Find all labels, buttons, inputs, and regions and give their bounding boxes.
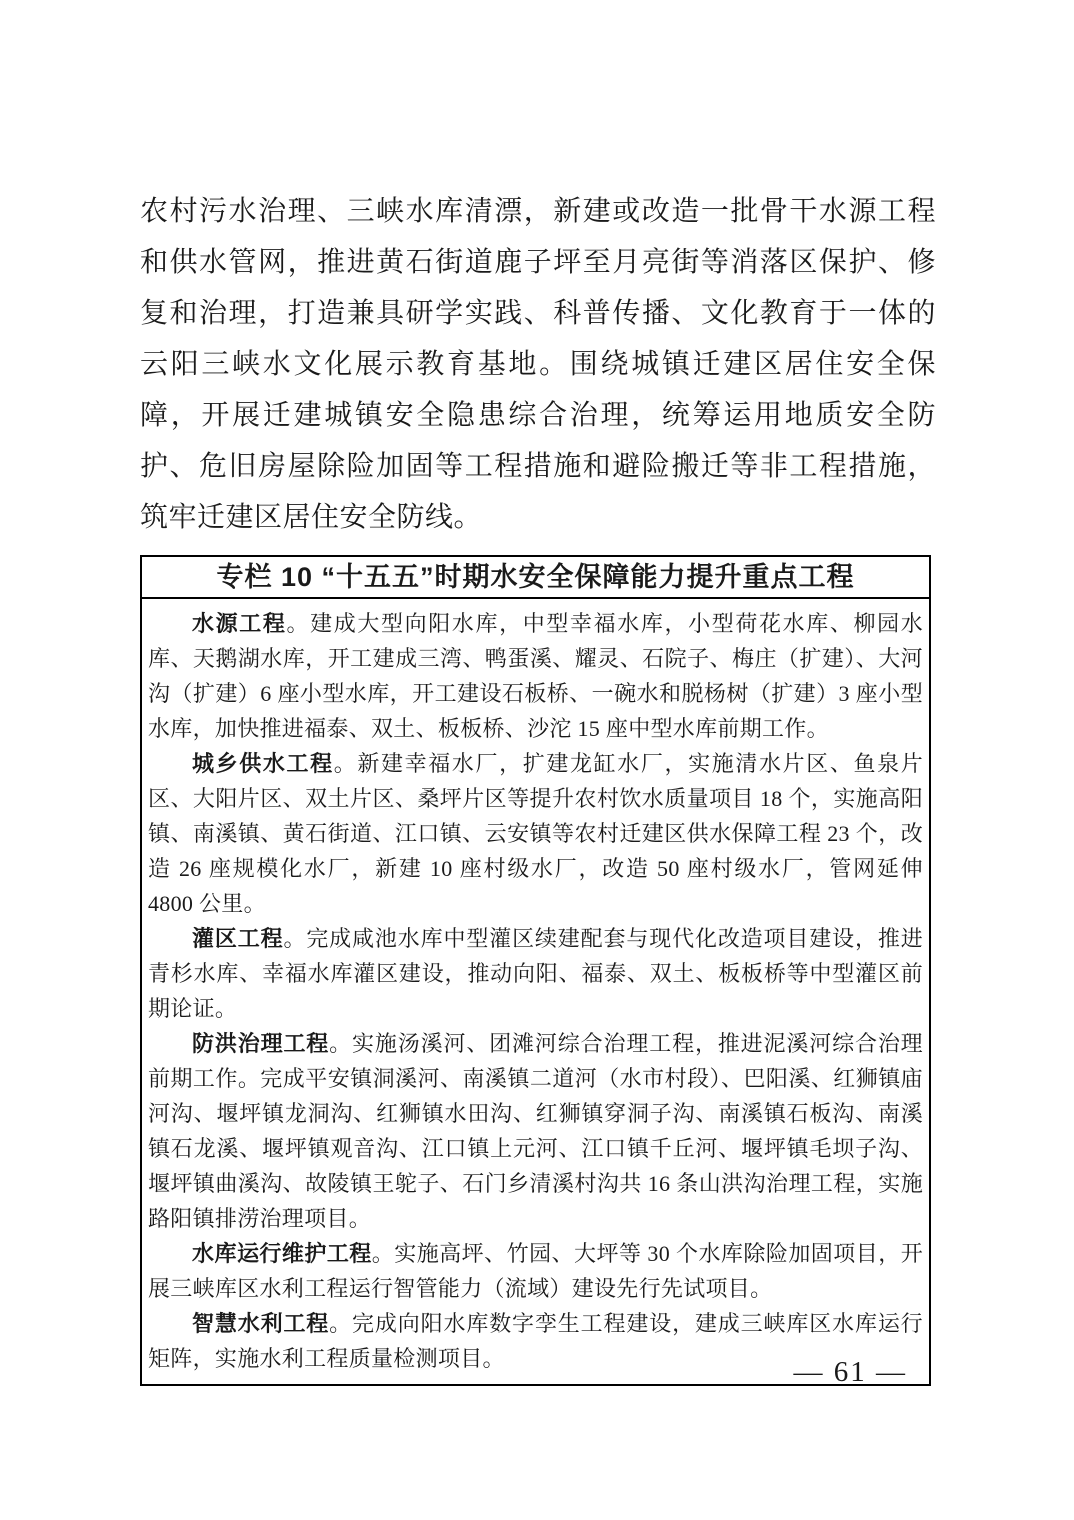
box-paragraph-heading: 智慧水利工程 bbox=[192, 1311, 329, 1336]
box-paragraph-text: 。实施汤溪河、团滩河综合治理工程，推进泥溪河综合治理前期工作。完成平安镇洞溪河、… bbox=[148, 1031, 923, 1231]
box-paragraph: 水库运行维护工程。实施高坪、竹园、大坪等 30 个水库除险加固项目，开展三峡库区… bbox=[148, 1236, 923, 1306]
box-paragraph: 灌区工程。完成咸池水库中型灌区续建配套与现代化改造项目建设，推进青杉水库、幸福水… bbox=[148, 921, 923, 1026]
box-paragraph-heading: 城乡供水工程 bbox=[192, 751, 334, 776]
page-footer: — 61 — bbox=[794, 1358, 908, 1387]
body-paragraph: 农村污水治理、三峡水库清漂，新建或改造一批骨干水源工程和供水管网，推进黄石街道鹿… bbox=[140, 186, 936, 543]
box-paragraph: 水源工程。建成大型向阳水库，中型幸福水库，小型荷花水库、柳园水库、天鹅湖水库，开… bbox=[148, 606, 923, 746]
box-paragraph-heading: 水源工程 bbox=[192, 611, 287, 636]
page-number: — 61 — bbox=[794, 1356, 908, 1388]
box-title: 专栏 10 “十五五”时期水安全保障能力提升重点工程 bbox=[142, 557, 929, 599]
box-paragraph: 防洪治理工程。实施汤溪河、团滩河综合治理工程，推进泥溪河综合治理前期工作。完成平… bbox=[148, 1026, 923, 1236]
highlight-box: 专栏 10 “十五五”时期水安全保障能力提升重点工程 水源工程。建成大型向阳水库… bbox=[140, 555, 931, 1386]
box-paragraph-heading: 灌区工程 bbox=[192, 926, 283, 951]
box-paragraph: 城乡供水工程。新建幸福水厂，扩建龙缸水厂，实施清水片区、鱼泉片区、大阳片区、双土… bbox=[148, 746, 923, 921]
box-content: 水源工程。建成大型向阳水库，中型幸福水库，小型荷花水库、柳园水库、天鹅湖水库，开… bbox=[142, 599, 929, 1384]
document-page: 农村污水治理、三峡水库清漂，新建或改造一批骨干水源工程和供水管网，推进黄石街道鹿… bbox=[0, 0, 1074, 1520]
box-paragraph-heading: 防洪治理工程 bbox=[192, 1031, 329, 1056]
box-paragraph-heading: 水库运行维护工程 bbox=[192, 1241, 372, 1266]
